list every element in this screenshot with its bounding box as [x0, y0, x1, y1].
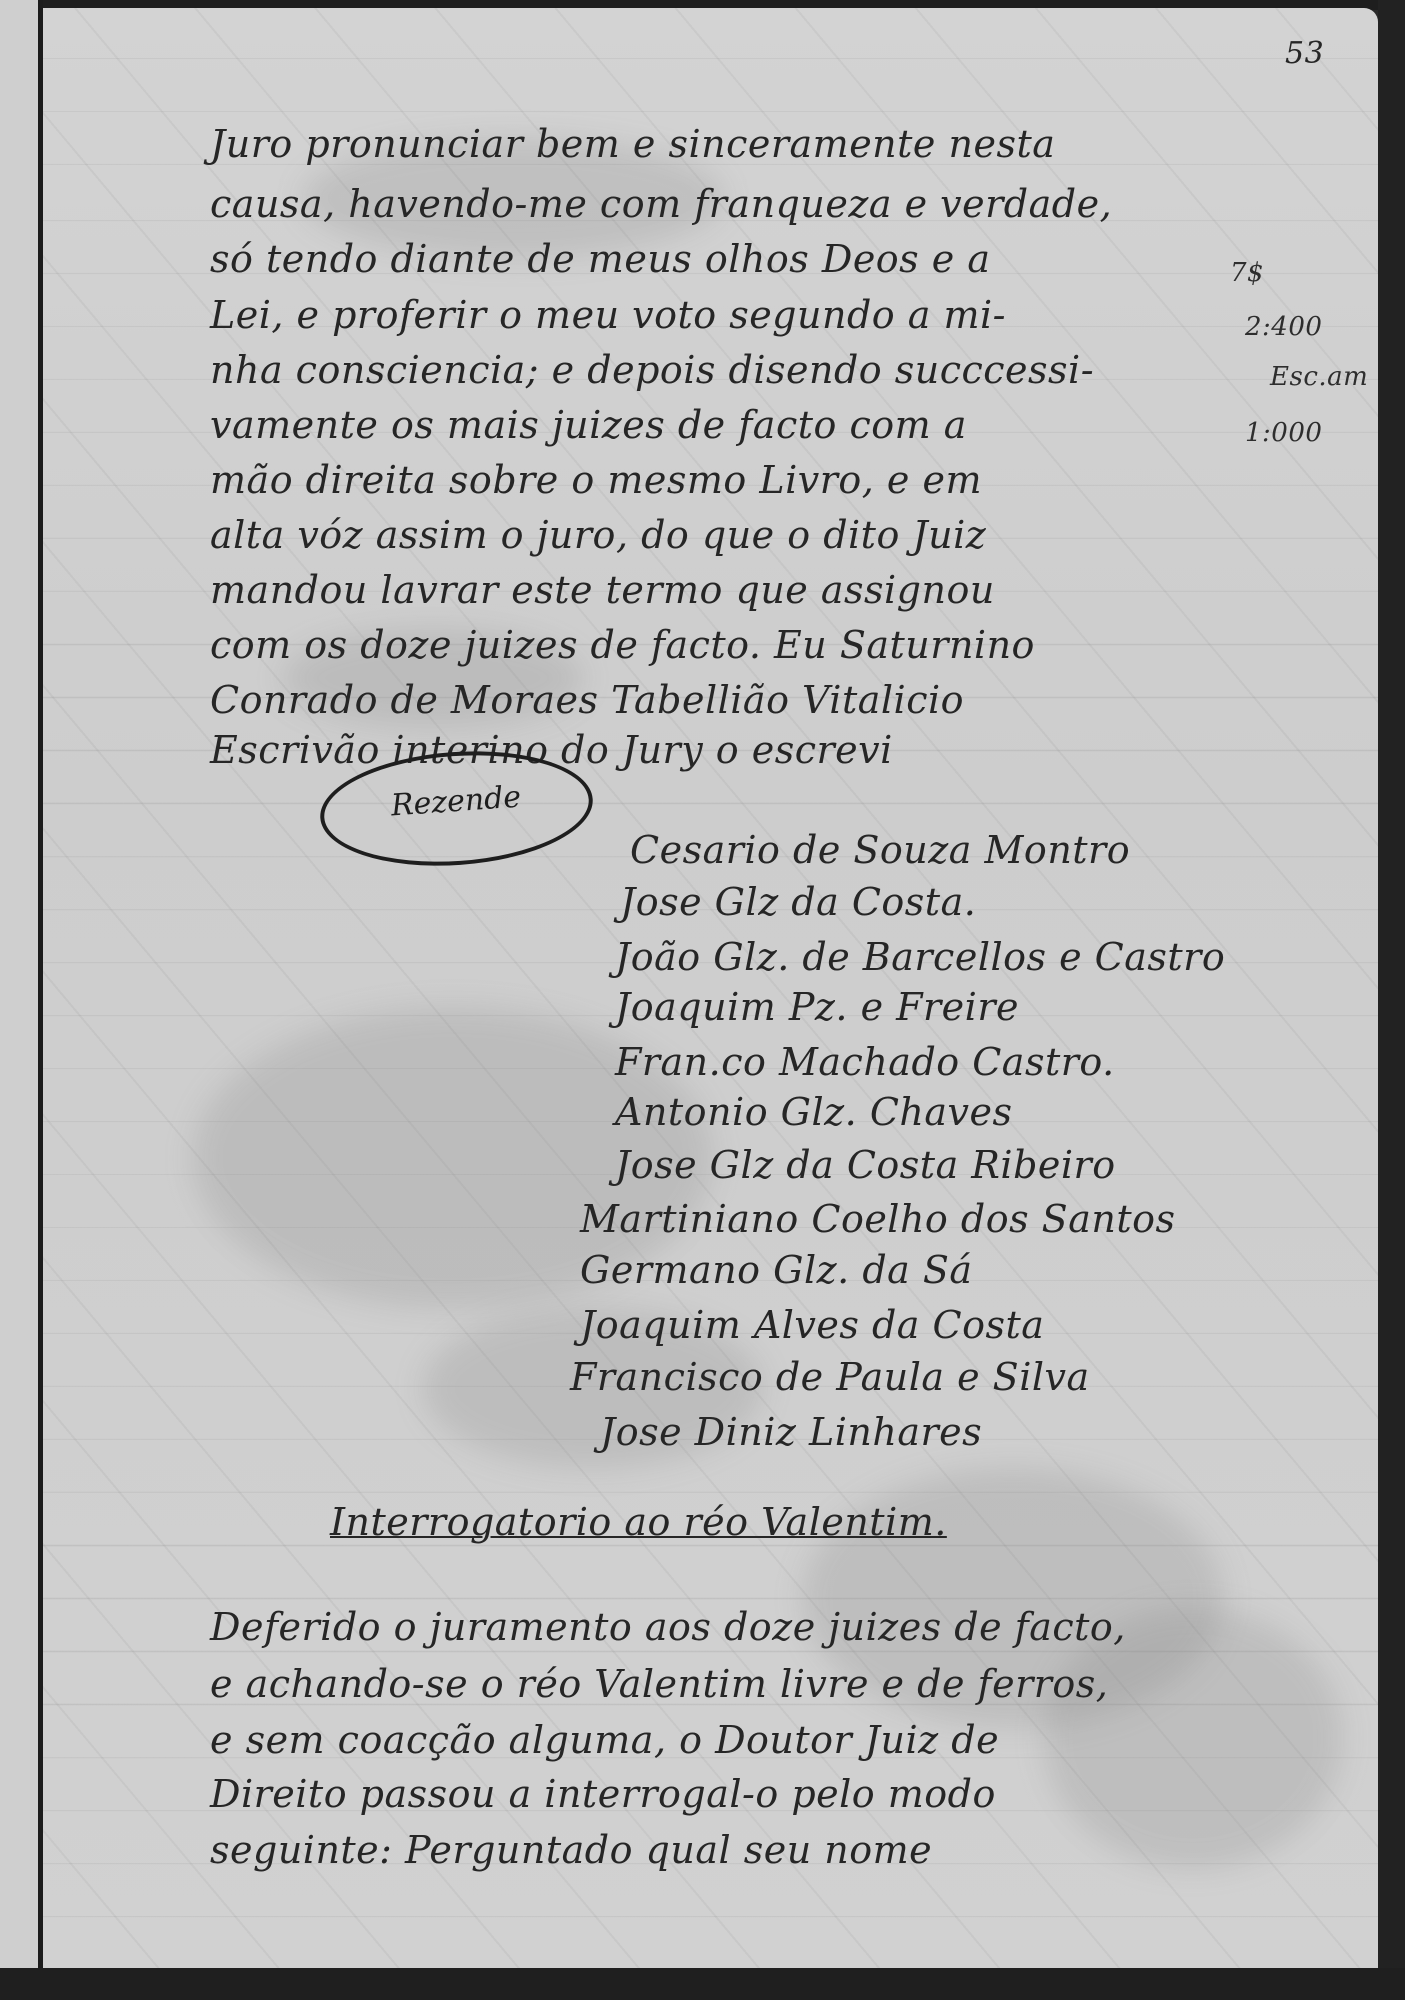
body-line: mandou lavrar este termo que assignou: [210, 568, 995, 612]
margin-note: 7$: [1230, 258, 1264, 288]
margin-note: 2:400: [1245, 312, 1322, 342]
adjacent-page-edge: [0, 0, 40, 2000]
body-line: seguinte: Perguntado qual seu nome: [210, 1828, 932, 1872]
signature: Joaquim Alves da Costa: [580, 1303, 1044, 1347]
section-heading: Interrogatorio ao réo Valentim.: [330, 1500, 947, 1544]
signature: Fran.co Machado Castro.: [615, 1040, 1115, 1084]
signature: Jose Diniz Linhares: [600, 1410, 982, 1454]
signature: Jose Glz da Costa Ribeiro: [615, 1143, 1116, 1187]
scan-frame-right: [1378, 0, 1405, 2000]
body-line: mão direita sobre o mesmo Livro, e em: [210, 458, 982, 502]
signature: Cesario de Souza Montro: [630, 828, 1130, 872]
body-line: nha consciencia; e depois disendo succce…: [210, 348, 1094, 392]
body-line: Lei, e proferir o meu voto segundo a mi-: [210, 293, 1006, 337]
signature: Martiniano Coelho dos Santos: [580, 1197, 1176, 1241]
seal-text: Rezende: [323, 775, 590, 828]
signature: Antonio Glz. Chaves: [615, 1090, 1013, 1134]
signature: Jose Glz da Costa.: [620, 880, 976, 924]
signature: João Glz. de Barcellos e Castro: [615, 935, 1225, 979]
signature: Francisco de Paula e Silva: [570, 1355, 1090, 1399]
body-line: e sem coacção alguma, o Doutor Juiz de: [210, 1718, 999, 1762]
body-line: Deferido o juramento aos doze juizes de …: [210, 1605, 1126, 1649]
body-line: causa, havendo-me com franqueza e verdad…: [210, 182, 1112, 226]
margin-note: 1:000: [1245, 418, 1322, 448]
page-number: 53: [1285, 36, 1324, 71]
body-line: só tendo diante de meus olhos Deos e a: [210, 237, 990, 281]
signature: Germano Glz. da Sá: [580, 1248, 973, 1292]
margin-note: Esc.am: [1270, 362, 1368, 392]
signature: Joaquim Pz. e Freire: [615, 985, 1019, 1029]
body-line: Direito passou a interrogal-o pelo modo: [210, 1772, 996, 1816]
body-line: e achando-se o réo Valentim livre e de f…: [210, 1662, 1108, 1706]
body-line: com os doze juizes de facto. Eu Saturnin…: [210, 623, 1035, 667]
body-line: vamente os mais juizes de facto com a: [210, 403, 967, 447]
scan-frame-bottom: [0, 1968, 1405, 2000]
body-line: Conrado de Moraes Tabellião Vitalicio: [210, 678, 964, 722]
body-line: alta vóz assim o juro, do que o dito Jui…: [210, 513, 986, 557]
body-line: Juro pronunciar bem e sinceramente nesta: [210, 122, 1055, 166]
